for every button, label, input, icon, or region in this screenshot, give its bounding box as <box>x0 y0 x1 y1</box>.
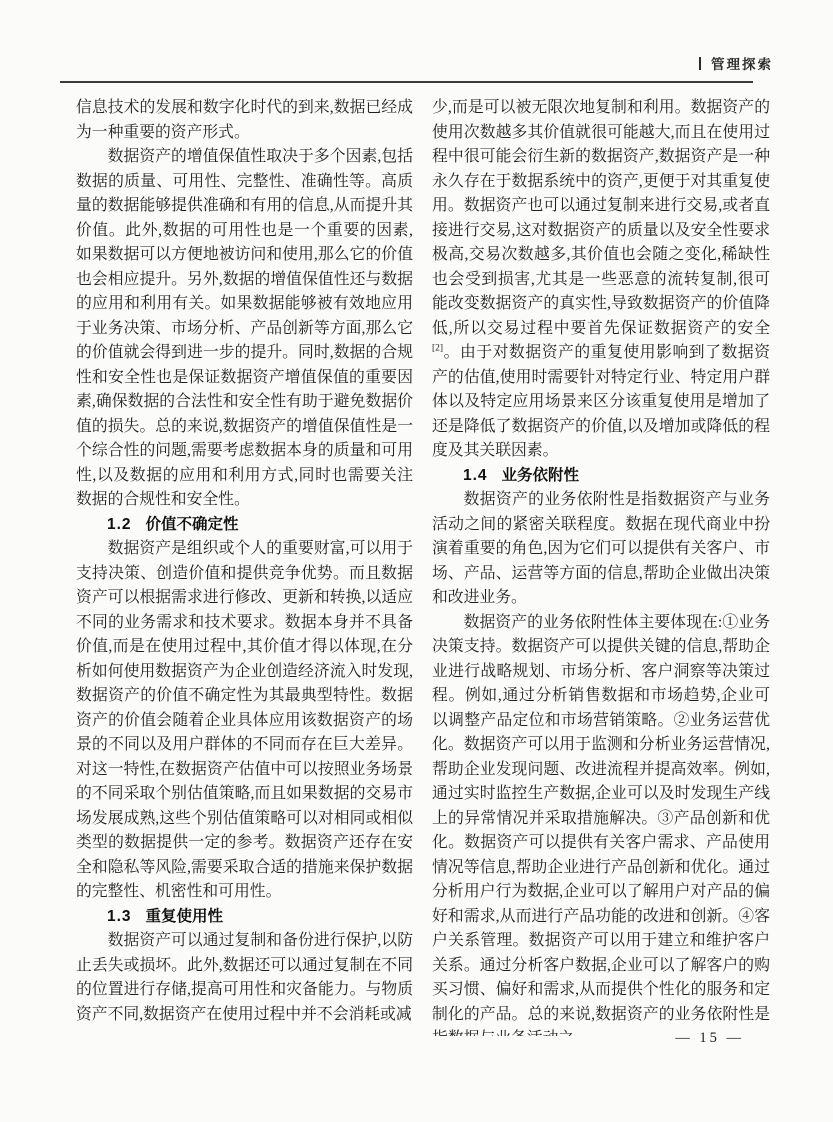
section-number: 1.4 <box>463 467 488 484</box>
left-column: 信息技术的发展和数字化时代的到来,数据已经成为一种重要的资产形式。 数据资产的增… <box>76 96 413 1036</box>
section-title: 业务依附性 <box>502 467 580 484</box>
running-header: 管理探索 <box>699 53 773 73</box>
paragraph-continuation: 信息技术的发展和数字化时代的到来,数据已经成为一种重要的资产形式。 <box>76 96 413 145</box>
citation-reference: [2] <box>432 344 443 354</box>
article-body: 信息技术的发展和数字化时代的到来,数据已经成为一种重要的资产形式。 数据资产的增… <box>76 96 770 1036</box>
paragraph: 数据资产的业务依附性是指数据资产与业务活动之间的紧密关联程度。数据在现代商业中扮… <box>432 488 770 611</box>
header-rule <box>60 81 753 83</box>
paragraph: 数据资产是组织或个人的重要财富,可以用于支持决策、创造价值和提供竞争优势。而且数… <box>76 537 413 905</box>
paragraph: 数据资产可以通过复制和备份进行保护,以防止丢失或损坏。此外,数据还可以通过复制在… <box>76 929 413 1027</box>
section-heading-1-3: 1.3重复使用性 <box>76 905 413 930</box>
page-number: — 15 — <box>675 1030 744 1047</box>
journal-section-label: 管理探索 <box>711 53 773 73</box>
paragraph-continuation: 少,而是可以被无限次地复制和利用。数据资产的使用次数越多其价值就很可能越大,而且… <box>432 96 770 464</box>
section-heading-1-4: 1.4业务依附性 <box>432 464 770 489</box>
paragraph-text: 。由于对数据资产的重复使用影响到了数据资产的估值,使用时需要针对特定行业、特定用… <box>432 344 770 459</box>
header-separator-bar <box>699 57 701 70</box>
paragraph-text: 少,而是可以被无限次地复制和利用。数据资产的使用次数越多其价值就很可能越大,而且… <box>432 99 770 337</box>
section-number: 1.3 <box>107 908 132 925</box>
right-column: 少,而是可以被无限次地复制和利用。数据资产的使用次数越多其价值就很可能越大,而且… <box>432 96 770 1036</box>
paragraph: 数据资产的增值保值性取决于多个因素,包括数据的质量、可用性、完整性、准确性等。高… <box>76 145 413 513</box>
section-number: 1.2 <box>107 516 132 533</box>
section-title: 重复使用性 <box>146 908 224 925</box>
paragraph: 数据资产的业务依附性体主要体现在:①业务决策支持。数据资产可以提供关键的信息,帮… <box>432 611 770 1037</box>
section-title: 价值不确定性 <box>146 516 239 533</box>
section-heading-1-2: 1.2价值不确定性 <box>76 513 413 538</box>
